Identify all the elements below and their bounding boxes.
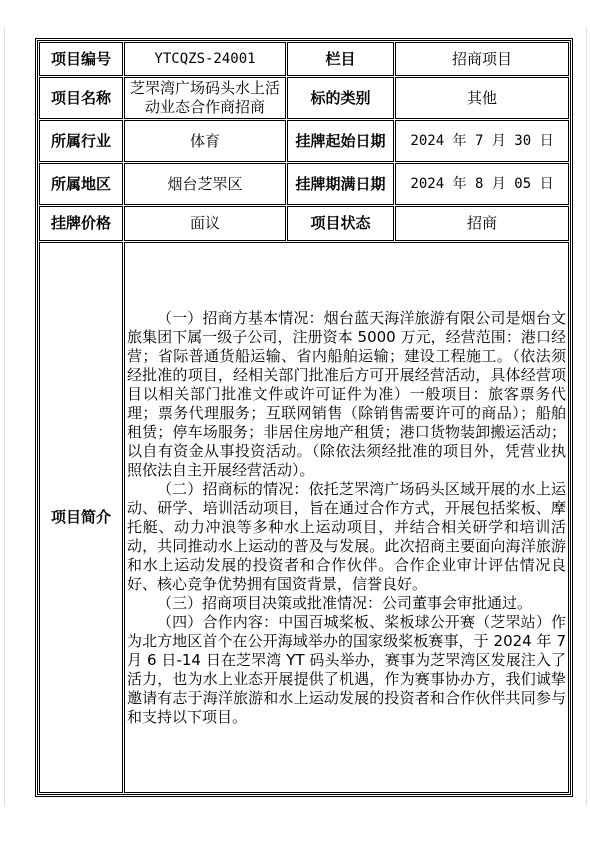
label-listing-price: 挂牌价格 <box>39 206 123 241</box>
label-industry: 所属行业 <box>39 120 123 162</box>
label-listing-end-date: 挂牌期满日期 <box>287 163 394 205</box>
value-listing-start-date: 2024 年 7 月 30 日 <box>395 120 569 162</box>
description-paragraph-3: （三）招商项目决策或批准情况：公司董事会审批通过。 <box>127 594 566 613</box>
project-description: （一）招商方基本情况：烟台蓝天海洋旅游有限公司是烟台文旅集团下属一级子公司，注册… <box>124 242 569 793</box>
value-project-status: 招商 <box>395 206 569 241</box>
value-subject-category: 其他 <box>395 77 569 119</box>
label-project-status: 项目状态 <box>287 206 394 241</box>
value-project-number: YTCQZS-24001 <box>124 42 286 76</box>
value-region: 烟台芝罘区 <box>124 163 286 205</box>
label-subject-category: 标的类别 <box>287 77 394 119</box>
project-info-table: 项目编号 YTCQZS-24001 栏目 招商项目 项目名称 芝罘湾广场码头水上… <box>35 38 573 797</box>
label-column: 栏目 <box>287 42 394 76</box>
description-paragraph-2: （二）招商标的情况：依托芝罘湾广场码头区域开展的水上运动、研学、培训活动项目，旨… <box>127 480 566 594</box>
row-price: 挂牌价格 面议 项目状态 招商 <box>39 206 569 241</box>
row-region: 所属地区 烟台芝罘区 挂牌期满日期 2024 年 8 月 05 日 <box>39 163 569 205</box>
value-listing-end-date: 2024 年 8 月 05 日 <box>395 163 569 205</box>
page-edge-right <box>586 28 587 806</box>
label-project-description: 项目简介 <box>39 242 123 793</box>
value-project-name: 芝罘湾广场码头水上活动业态合作商招商 <box>124 77 286 119</box>
description-paragraph-1: （一）招商方基本情况：烟台蓝天海洋旅游有限公司是烟台文旅集团下属一级子公司，注册… <box>127 309 566 480</box>
row-industry: 所属行业 体育 挂牌起始日期 2024 年 7 月 30 日 <box>39 120 569 162</box>
row-project-name: 项目名称 芝罘湾广场码头水上活动业态合作商招商 标的类别 其他 <box>39 77 569 119</box>
page-edge-left <box>4 28 5 806</box>
label-project-number: 项目编号 <box>39 42 123 76</box>
label-project-name: 项目名称 <box>39 77 123 119</box>
value-industry: 体育 <box>124 120 286 162</box>
row-project-number: 项目编号 YTCQZS-24001 栏目 招商项目 <box>39 42 569 76</box>
label-listing-start-date: 挂牌起始日期 <box>287 120 394 162</box>
value-listing-price: 面议 <box>124 206 286 241</box>
label-region: 所属地区 <box>39 163 123 205</box>
value-column: 招商项目 <box>395 42 569 76</box>
description-paragraph-4: （四）合作内容：中国百城桨板、桨板球公开赛（芝罘站）作为北方地区首个在公开海域举… <box>127 613 566 727</box>
row-description: 项目简介 （一）招商方基本情况：烟台蓝天海洋旅游有限公司是烟台文旅集团下属一级子… <box>39 242 569 793</box>
